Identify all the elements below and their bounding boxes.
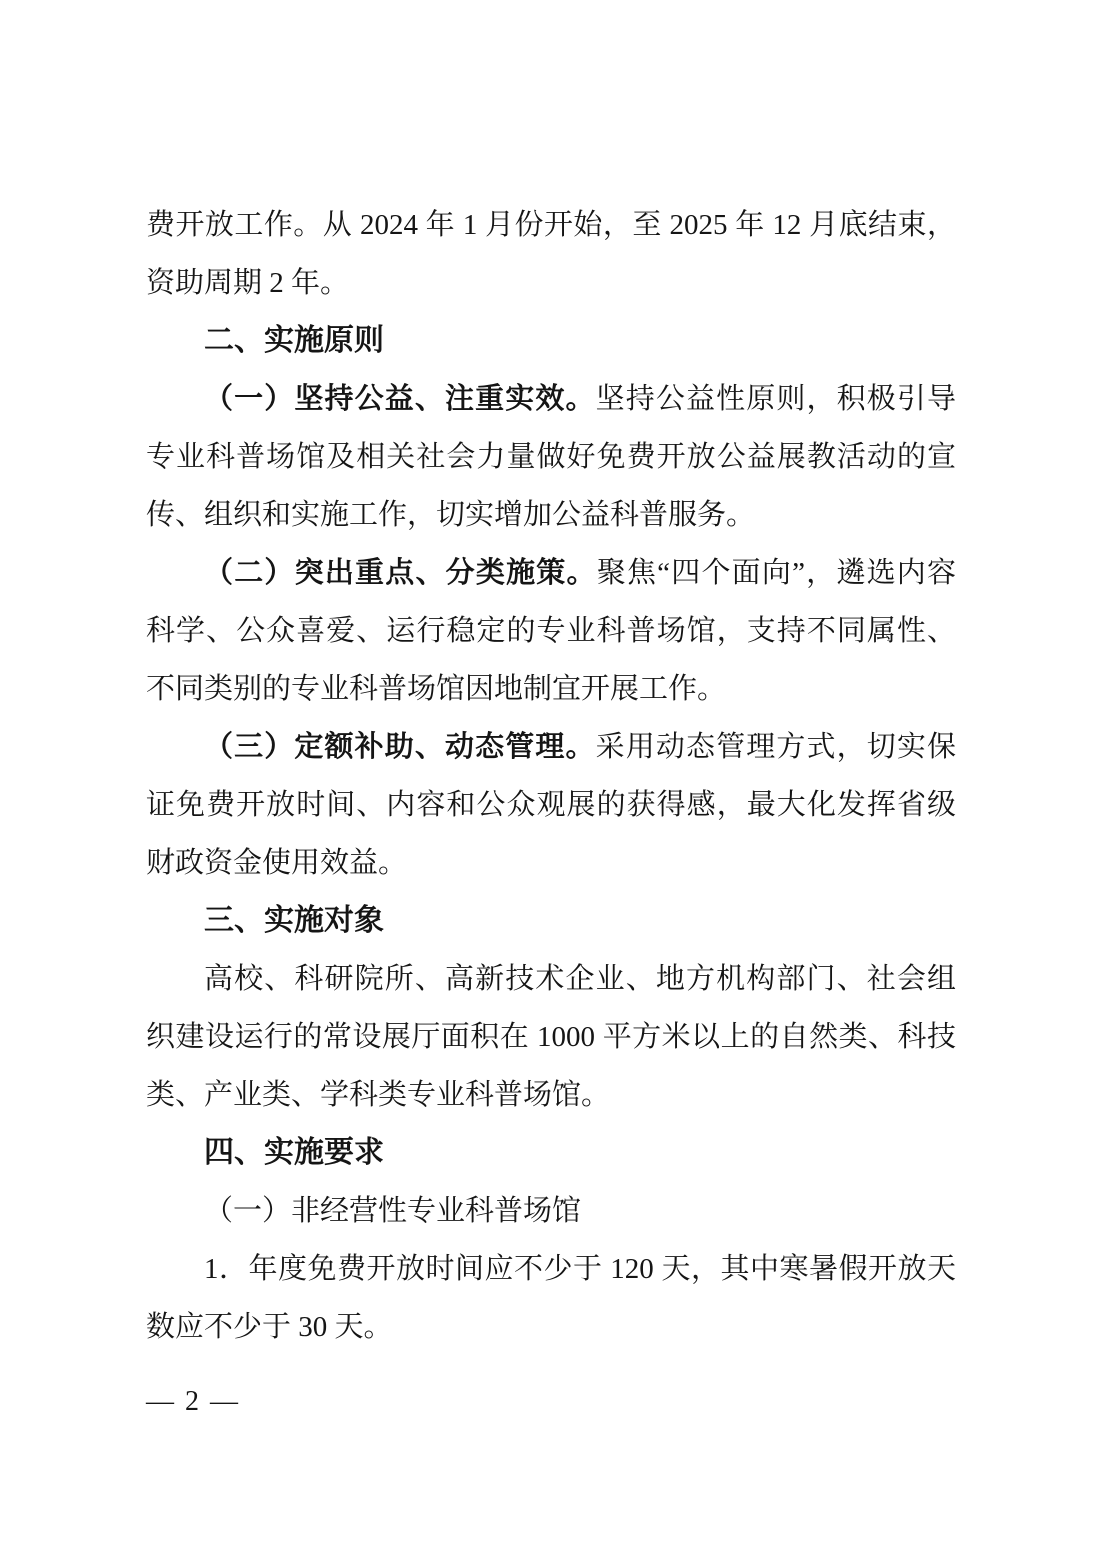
text-line-4: （一）坚持公益、注重实效。坚持公益性原则，积极引导 [146,370,956,428]
page-footer: — 2 — [146,1382,240,1422]
body-text: 传、组织和实施工作，切实增加公益科普服务。 [146,499,755,531]
body-text: （一）非经营性专业科普场馆 [204,1195,581,1227]
document-content: 费开放工作。从 2024 年 1 月份开始，至 2025 年 12 月底结束，资… [146,196,956,1356]
body-text: 财政资金使用效益。 [146,847,407,879]
body-text: 科学、公众喜爱、运行稳定的专业科普场馆，支持不同属性、 [146,615,956,647]
text-line-19: 1．年度免费开放时间应不少于 120 天，其中寒暑假开放天 [146,1240,956,1298]
text-line-7: （二）突出重点、分类施策。聚焦“四个面向”，遴选内容 [146,544,956,602]
body-text: 采用动态管理方式，切实保 [596,731,956,763]
body-text: 1．年度免费开放时间应不少于 120 天，其中寒暑假开放天 [204,1253,956,1285]
body-text: 织建设运行的常设展厅面积在 1000 平方米以上的自然类、科技 [146,1021,956,1053]
body-text: 数应不少于 30 天。 [146,1311,393,1343]
text-line-6: 传、组织和实施工作，切实增加公益科普服务。 [146,486,956,544]
text-line-18: （一）非经营性专业科普场馆 [146,1182,956,1240]
text-line-15: 织建设运行的常设展厅面积在 1000 平方米以上的自然类、科技 [146,1008,956,1066]
text-line-14: 高校、科研院所、高新技术企业、地方机构部门、社会组 [146,950,956,1008]
body-text: 证免费开放时间、内容和公众观展的获得感，最大化发挥省级 [146,789,956,821]
page-number: — 2 — [146,1386,240,1417]
emphasis-text: （二）突出重点、分类施策。 [204,557,597,589]
text-line-13: 三、实施对象 [146,892,956,950]
emphasis-text: 三、实施对象 [204,904,384,937]
body-text: 坚持公益性原则，积极引导 [596,383,956,415]
body-text: 聚焦“四个面向”，遴选内容 [597,557,956,589]
text-line-20: 数应不少于 30 天。 [146,1298,956,1356]
text-line-10: （三）定额补助、动态管理。采用动态管理方式，切实保 [146,718,956,776]
text-line-16: 类、产业类、学科类专业科普场馆。 [146,1066,956,1124]
text-line-1: 费开放工作。从 2024 年 1 月份开始，至 2025 年 12 月底结束， [146,196,956,254]
emphasis-text: 二、实施原则 [204,324,384,357]
text-line-2: 资助周期 2 年。 [146,254,956,312]
text-line-12: 财政资金使用效益。 [146,834,956,892]
body-text: 不同类别的专业科普场馆因地制宜开展工作。 [146,673,726,705]
body-text: 类、产业类、学科类专业科普场馆。 [146,1079,610,1111]
text-line-5: 专业科普场馆及相关社会力量做好免费开放公益展教活动的宣 [146,428,956,486]
text-line-8: 科学、公众喜爱、运行稳定的专业科普场馆，支持不同属性、 [146,602,956,660]
body-text: 高校、科研院所、高新技术企业、地方机构部门、社会组 [204,963,956,995]
text-line-17: 四、实施要求 [146,1124,956,1182]
emphasis-text: （三）定额补助、动态管理。 [204,731,596,763]
emphasis-text: 四、实施要求 [204,1136,384,1169]
text-line-9: 不同类别的专业科普场馆因地制宜开展工作。 [146,660,956,718]
document-page: 费开放工作。从 2024 年 1 月份开始，至 2025 年 12 月底结束，资… [0,0,1102,1559]
body-text: 专业科普场馆及相关社会力量做好免费开放公益展教活动的宣 [146,441,956,473]
text-line-11: 证免费开放时间、内容和公众观展的获得感，最大化发挥省级 [146,776,956,834]
body-text: 费开放工作。从 2024 年 1 月份开始，至 2025 年 12 月底结束， [146,209,956,241]
text-line-3: 二、实施原则 [146,312,956,370]
body-text: 资助周期 2 年。 [146,267,349,299]
emphasis-text: （一）坚持公益、注重实效。 [204,383,596,415]
